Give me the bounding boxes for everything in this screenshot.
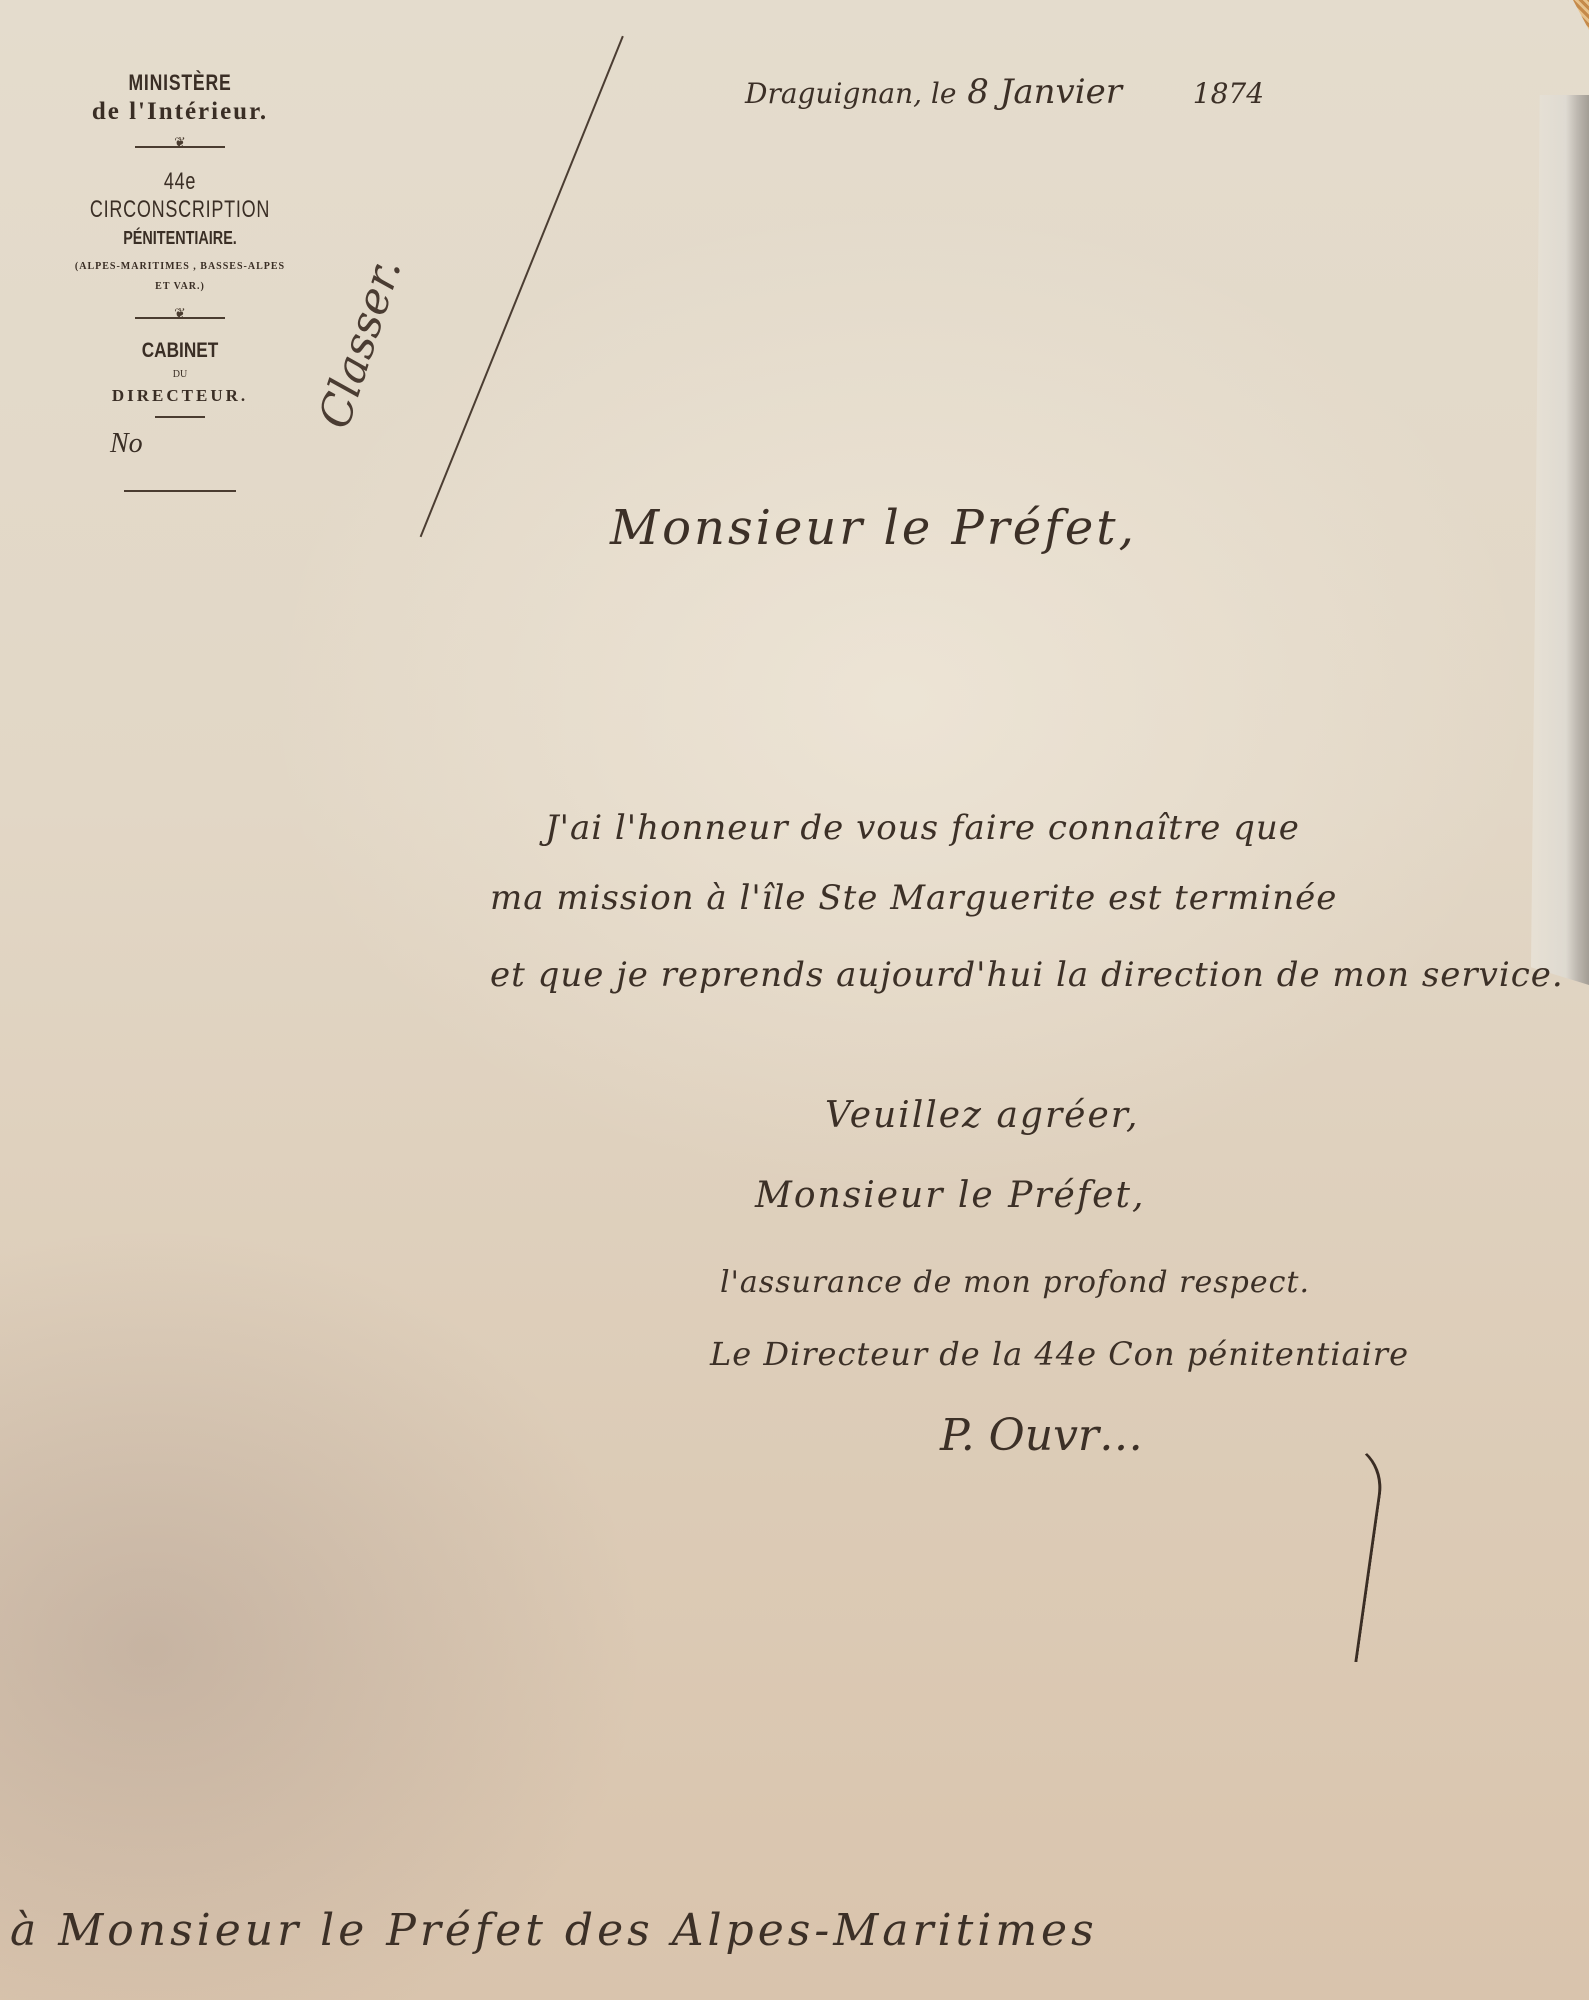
body-line-3: et que je reprends aujourd'hui la direct… xyxy=(490,955,1564,995)
recipient-address: à Monsieur le Préfet des Alpes-Maritimes xyxy=(10,1905,1098,1956)
letterhead-ministere: MINISTÈRE xyxy=(68,70,292,96)
letterhead-directeur: DIRECTEUR. xyxy=(40,386,320,406)
signature: P. Ouvr… xyxy=(940,1410,1143,1461)
date-place: Draguignan, le xyxy=(745,77,956,110)
date-year: 1874 xyxy=(1193,77,1264,110)
date-day-month: 8 Janvier xyxy=(967,72,1122,112)
salutation: Monsieur le Préfet, xyxy=(610,500,1137,556)
date-line: Draguignan, le 8 Janvier 1874 xyxy=(745,72,1264,112)
letterhead-penitentiaire: PÉNITENTIAIRE. xyxy=(68,228,292,249)
letterhead-departments: (ALPES-MARITIMES , BASSES-ALPES ET VAR.) xyxy=(40,257,320,297)
letterhead-cabinet: CABINET xyxy=(65,339,295,363)
closing-line-3: l'assurance de mon profond respect. xyxy=(720,1265,1310,1300)
letterhead-interieur: de l'Intérieur. xyxy=(40,98,320,126)
body-line-2: ma mission à l'île Ste Marguerite est te… xyxy=(490,878,1337,918)
fleuron-ornament-icon xyxy=(135,142,225,152)
closing-line-1: Veuillez agréer, xyxy=(825,1095,1139,1136)
number-rule xyxy=(124,490,236,492)
body-line-1: J'ai l'honneur de vous faire connaître q… xyxy=(545,808,1300,848)
torn-paper-edge xyxy=(1531,95,1589,985)
letterhead-number-label: No xyxy=(110,428,320,460)
letterhead-circonscription: 44e CIRCONSCRIPTION xyxy=(75,168,285,224)
letterhead-du: DU xyxy=(40,369,320,380)
printed-letterhead: MINISTÈRE de l'Intérieur. 44e CIRCONSCRI… xyxy=(40,70,320,492)
closing-line-2: Monsieur le Préfet, xyxy=(755,1175,1145,1216)
divider xyxy=(155,416,205,418)
fleuron-ornament-icon xyxy=(135,313,225,323)
closing-line-4: Le Directeur de la 44e Con pénitentiaire xyxy=(710,1335,1409,1373)
